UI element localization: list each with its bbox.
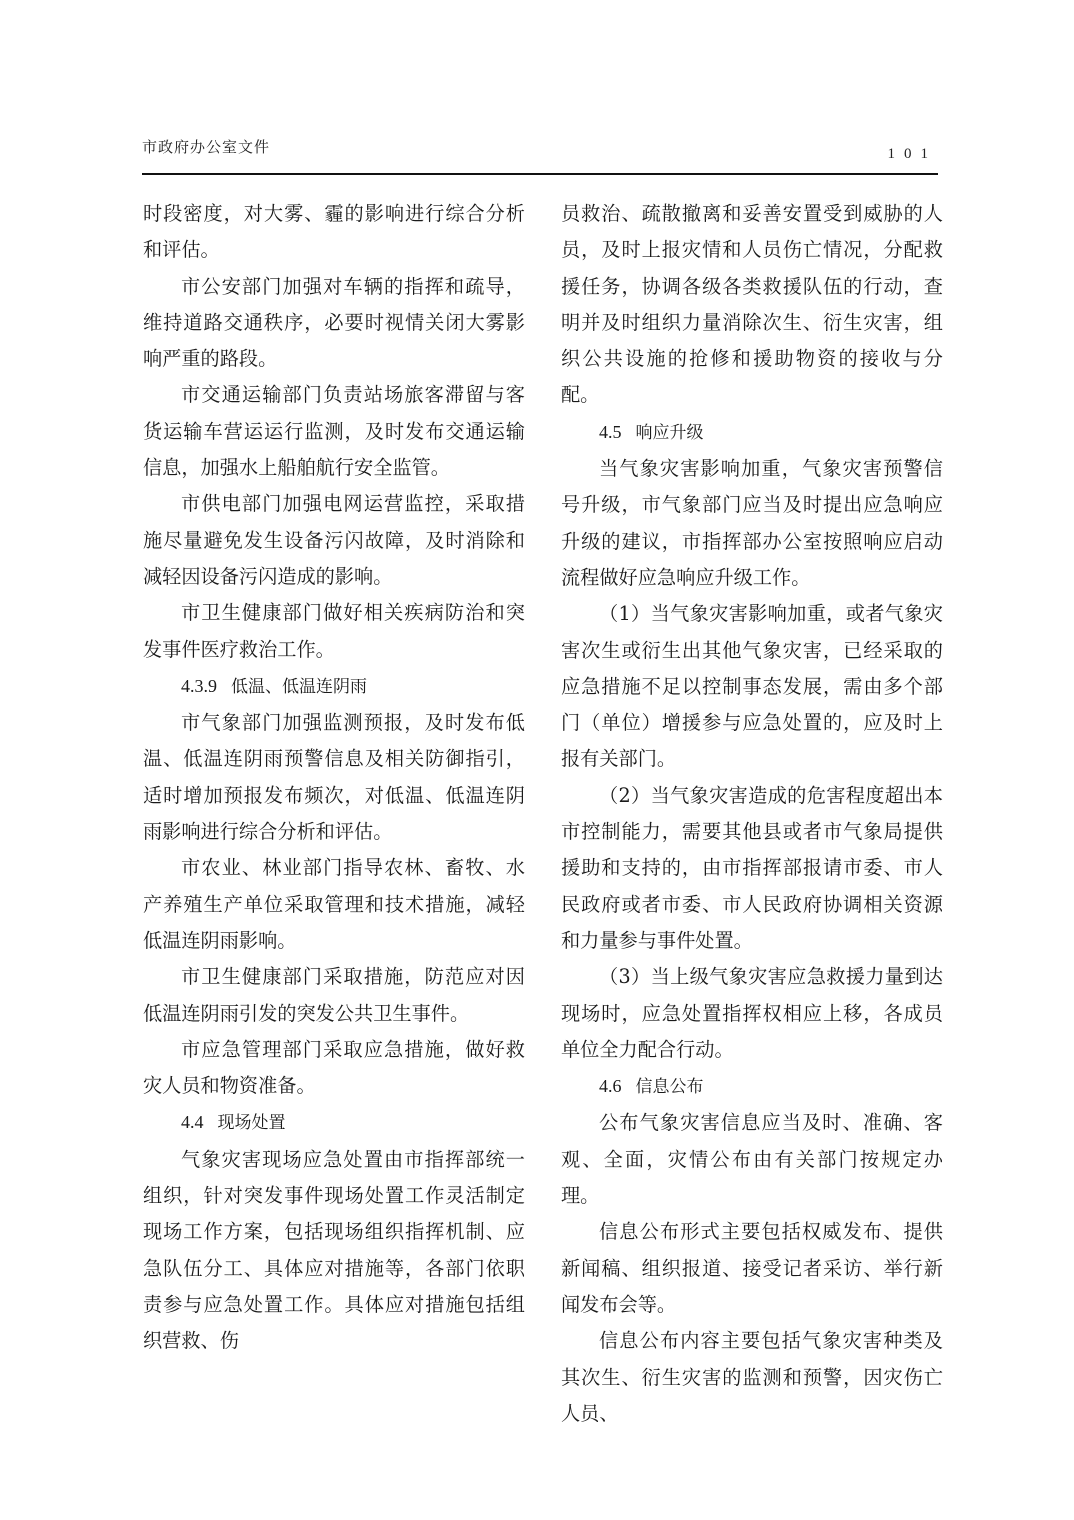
section-heading-4-3-9: 4.3.9低温、低温连阴雨 <box>143 668 525 705</box>
section-heading-4-5: 4.5响应升级 <box>561 414 943 451</box>
section-heading-4-4: 4.4现场处置 <box>143 1104 525 1141</box>
paragraph: 市农业、林业部门指导农林、畜牧、水产养殖生产单位采取管理和技术措施，减轻低温连阴… <box>143 850 525 959</box>
paragraph: 市应急管理部门采取应急措施，做好救灾人员和物资准备。 <box>143 1032 525 1105</box>
section-number: 4.5 <box>599 422 622 442</box>
paragraph: （2）当气象灾害造成的危害程度超出本市控制能力，需要其他县或者市气象局提供援助和… <box>561 778 943 959</box>
paragraph: 市供电部门加强电网运营监控，采取措施尽量避免发生设备污闪故障，及时消除和减轻因设… <box>143 486 525 595</box>
section-heading-4-6: 4.6信息公布 <box>561 1068 943 1105</box>
paragraph: 市公安部门加强对车辆的指挥和疏导，维持道路交通秩序，必要时视情关闭大雾影响严重的… <box>143 269 525 378</box>
paragraph: （1）当气象灾害影响加重，或者气象灾害次生或衍生出其他气象灾害，已经采取的应急措… <box>561 596 943 777</box>
section-title: 现场处置 <box>218 1113 286 1133</box>
section-number: 4.6 <box>599 1076 622 1096</box>
paragraph: 信息公布内容主要包括气象灾害种类及其次生、衍生灾害的监测和预警，因灾伤亡人员、 <box>561 1323 943 1432</box>
paragraph: 气象灾害现场应急处置由市指挥部统一组织，针对突发事件现场处置工作灵活制定现场工作… <box>143 1142 525 1360</box>
paragraph: 信息公布形式主要包括权威发布、提供新闻稿、组织报道、接受记者采访、举行新闻发布会… <box>561 1214 943 1323</box>
section-title: 低温、低温连阴雨 <box>231 677 367 697</box>
right-column: 员救治、疏散撤离和妥善安置受到威胁的人员，及时上报灾情和人员伤亡情况，分配救援任… <box>561 196 943 1432</box>
paragraph: 员救治、疏散撤离和妥善安置受到威胁的人员，及时上报灾情和人员伤亡情况，分配救援任… <box>561 196 943 414</box>
paragraph: 市交通运输部门负责站场旅客滞留与客货运输车营运运行监测，及时发布交通运输信息，加… <box>143 377 525 486</box>
paragraph: 当气象灾害影响加重，气象灾害预警信号升级，市气象部门应当及时提出应急响应升级的建… <box>561 451 943 596</box>
paragraph: 时段密度，对大雾、霾的影响进行综合分析和评估。 <box>143 196 525 269</box>
paragraph: 公布气象灾害信息应当及时、准确、客观、全面，灾情公布由有关部门按规定办理。 <box>561 1105 943 1214</box>
left-column: 时段密度，对大雾、霾的影响进行综合分析和评估。 市公安部门加强对车辆的指挥和疏导… <box>143 196 525 1360</box>
section-title: 信息公布 <box>636 1077 704 1097</box>
paragraph: 市卫生健康部门采取措施，防范应对因低温连阴雨引发的突发公共卫生事件。 <box>143 959 525 1032</box>
page-header: 市政府办公室文件 101 <box>142 136 937 166</box>
document-source-title: 市政府办公室文件 <box>142 136 270 157</box>
section-number: 4.3.9 <box>181 676 217 696</box>
paragraph: （3）当上级气象灾害应急救援力量到达现场时，应急处置指挥权相应上移，各成员单位全… <box>561 959 943 1068</box>
page-number: 101 <box>888 146 938 163</box>
section-title: 响应升级 <box>636 423 704 443</box>
section-number: 4.4 <box>181 1112 204 1132</box>
paragraph: 市卫生健康部门做好相关疾病防治和突发事件医疗救治工作。 <box>143 595 525 668</box>
header-divider <box>142 173 938 175</box>
paragraph: 市气象部门加强监测预报，及时发布低温、低温连阴雨预警信息及相关防御指引，适时增加… <box>143 705 525 850</box>
